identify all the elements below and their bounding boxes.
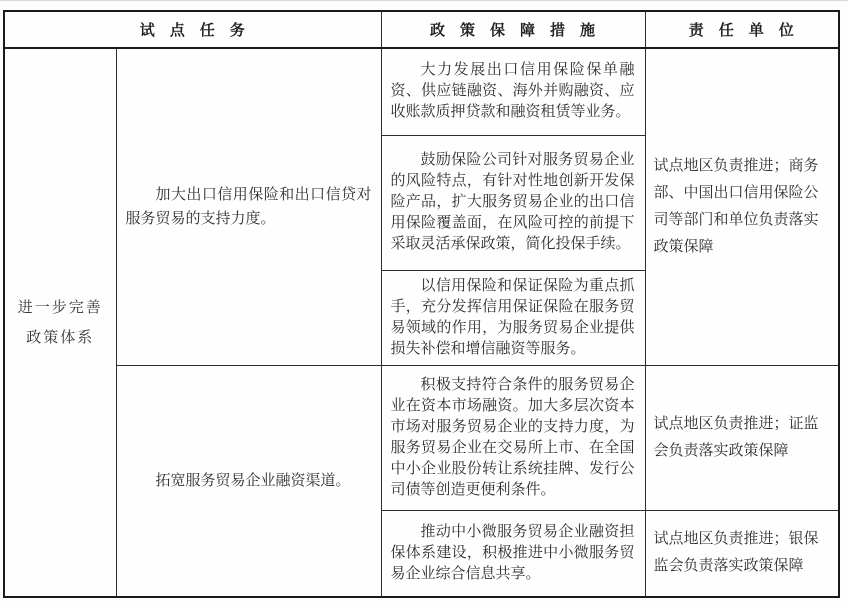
task-cell-financing-channels: 拓宽服务贸易企业融资渠道。 <box>116 365 381 597</box>
header-policy-measures: 政策保障措施 <box>381 11 645 48</box>
policy-guarantee-table: 试点任务 政策保障措施 责任单位 进一步完善 政策体系 加大出口信用保险和出口信… <box>3 10 840 598</box>
scanned-document-page: 试点任务 政策保障措施 责任单位 进一步完善 政策体系 加大出口信用保险和出口信… <box>0 0 848 609</box>
table-row: 拓宽服务贸易企业融资渠道。 积极支持符合条件的服务贸易企业在资本市场融资。加大多… <box>4 365 839 510</box>
responsible-cell-mofcom-sinosure: 试点地区负责推进；商务部、中国出口信用保险公司等部门和单位负责落实政策保障 <box>645 48 839 365</box>
measure-cell-sme-guarantee-system: 推动中小微服务贸易企业融资担保体系建设，积极推进中小微服务贸易企业综合信息共享。 <box>381 510 645 597</box>
measure-cell-policy-financing: 大力发展出口信用保险保单融资、供应链融资、海外并购融资、应收账款质押贷款和融资租… <box>381 48 645 135</box>
responsible-cell-csrc: 试点地区负责推进；证监会负责落实政策保障 <box>645 365 839 510</box>
table-row: 进一步完善 政策体系 加大出口信用保险和出口信贷对服务贸易的支持力度。 大力发展… <box>4 48 839 135</box>
header-pilot-tasks: 试点任务 <box>4 11 381 48</box>
category-cell-policy-system: 进一步完善 政策体系 <box>4 48 116 597</box>
scan-edge-artifact <box>0 0 848 1</box>
measure-cell-credit-guarantee-insurance: 以信用保险和保证保险为重点抓手，充分发挥信用保证保险在服务贸易领域的作用，为服务… <box>381 270 645 365</box>
table-header-row: 试点任务 政策保障措施 责任单位 <box>4 11 839 48</box>
measure-cell-capital-market: 积极支持符合条件的服务贸易企业在资本市场融资。加大多层次资本市场对服务贸易企业的… <box>381 365 645 510</box>
header-responsible-units: 责任单位 <box>645 11 839 48</box>
measure-cell-insurance-products: 鼓励保险公司针对服务贸易企业的风险特点，有针对性地创新开发保险产品，扩大服务贸易… <box>381 135 645 270</box>
responsible-cell-cbirc: 试点地区负责推进；银保监会负责落实政策保障 <box>645 510 839 597</box>
task-cell-export-credit-insurance: 加大出口信用保险和出口信贷对服务贸易的支持力度。 <box>116 48 381 365</box>
